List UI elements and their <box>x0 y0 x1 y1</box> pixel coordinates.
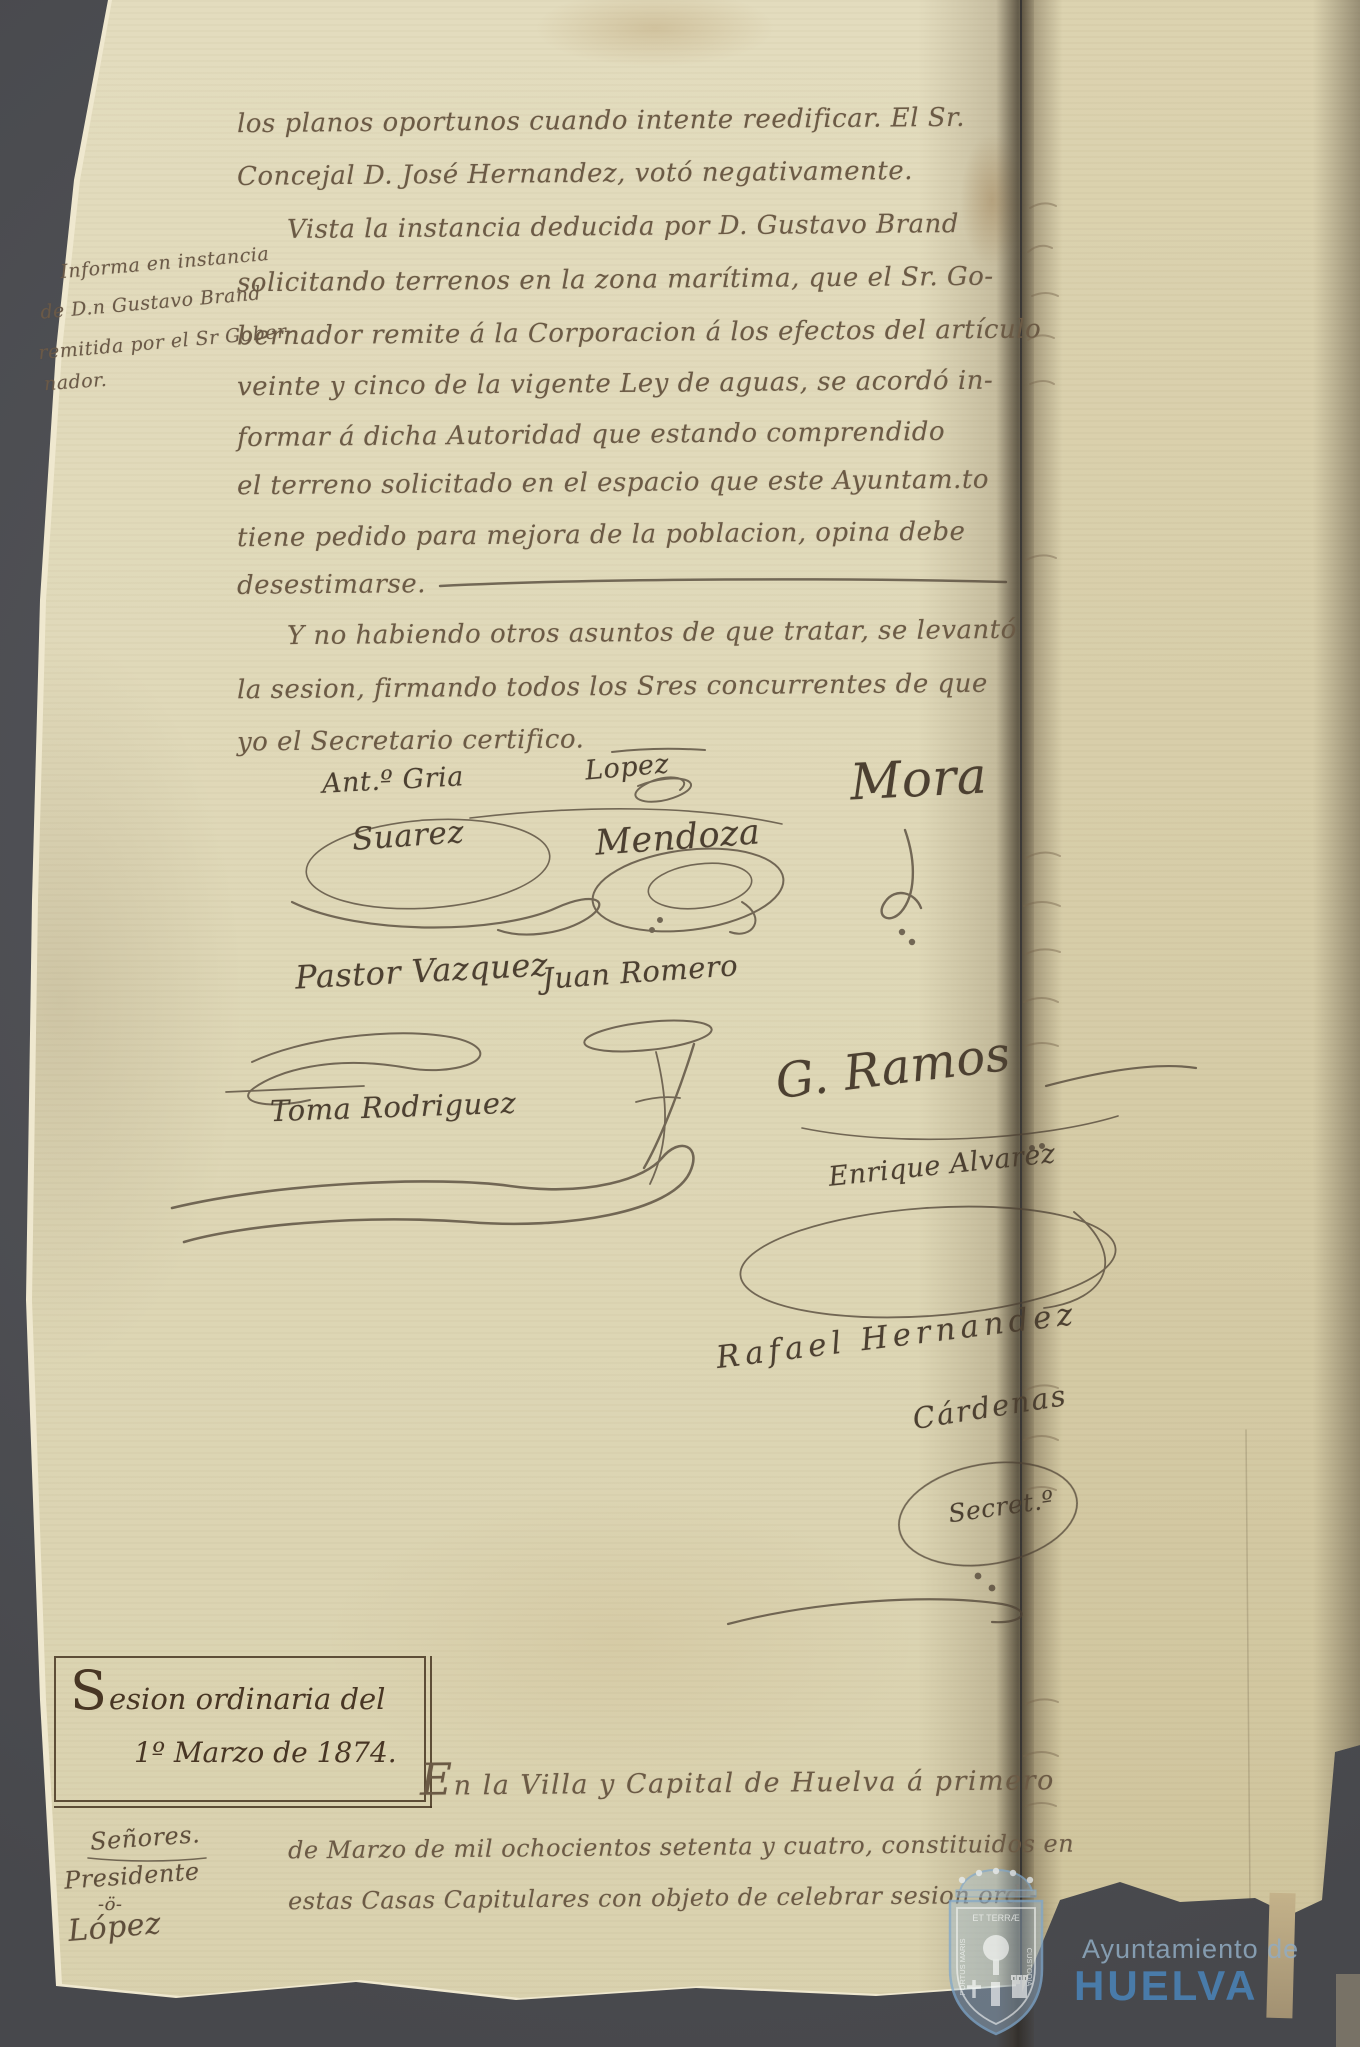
manuscript-line: En la Villa y Capital de Huelva á primer… <box>420 1757 1055 1802</box>
manuscript-line: Y no habiendo otros asuntos de que trata… <box>287 615 1017 651</box>
archive-scan-background: { "palette": { "background": "#515258", … <box>0 0 1360 2047</box>
manuscript-line: formar á dicha Autoridad que estando com… <box>237 417 945 453</box>
manuscript-line: Concejal D. José Hernandez, votó negativ… <box>237 156 913 192</box>
session-date: 1º Marzo de 1874. <box>134 1736 397 1769</box>
manuscript-line: tiene pedido para mejora de la poblacion… <box>237 517 966 553</box>
session-title-rest: esion ordinaria del <box>109 1682 385 1716</box>
session-box-double-rule <box>54 1806 432 1808</box>
session-title-initial: S <box>70 1659 109 1722</box>
book-corner <box>1336 1974 1360 2047</box>
manuscript-line: yo el Secretario certifico. <box>237 724 585 757</box>
manuscript-line: los planos oportunos cuando intente reed… <box>237 103 965 139</box>
manuscript-line: desestimarse. <box>237 569 426 601</box>
session-title: Sesion ordinaria del <box>70 1672 385 1716</box>
watermark-city-name: HUELVA <box>1074 1962 1258 2010</box>
watermark-org-name: Ayuntamiento de <box>1082 1934 1299 1965</box>
right-page-sliver <box>1022 0 1360 2047</box>
session-box: Sesion ordinaria del 1º Marzo de 1874. <box>54 1656 426 1802</box>
signature-mora: Mora <box>849 746 989 811</box>
margin-note-line: nador. <box>43 369 108 395</box>
manuscript-line: Vista la instancia deducida por D. Gusta… <box>287 209 959 245</box>
